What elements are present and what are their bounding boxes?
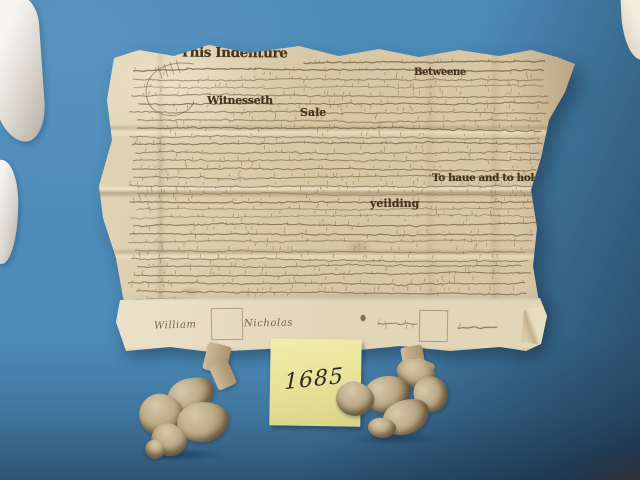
script-stroke xyxy=(145,149,497,158)
script-stroke xyxy=(131,214,534,219)
parchment-stain xyxy=(344,240,372,254)
keyword-yeilding: yeilding xyxy=(370,197,419,210)
signature-william: William xyxy=(154,319,197,331)
script-stroke xyxy=(134,85,544,89)
script-stroke xyxy=(458,327,497,329)
script-stroke xyxy=(137,192,534,196)
script-stroke xyxy=(460,324,461,328)
script-stroke xyxy=(135,250,525,253)
seal-square-left xyxy=(211,308,244,341)
dog-eared-corner xyxy=(521,306,547,346)
script-stroke xyxy=(130,135,540,139)
script-stroke xyxy=(133,168,536,172)
script-stroke xyxy=(130,233,533,236)
parchment-surface: This Indenture Betweene Witnesseth Sale … xyxy=(94,40,580,314)
script-stroke xyxy=(149,221,504,231)
signature-nicholas: Nicholas xyxy=(244,318,293,330)
seal-square-right xyxy=(419,310,449,343)
script-stroke xyxy=(133,141,543,144)
seal-tag-left-knot xyxy=(133,376,237,460)
script-stroke xyxy=(133,159,542,162)
script-stroke xyxy=(378,323,417,325)
opening-phrase: This Indenture xyxy=(180,45,288,62)
script-stroke xyxy=(137,208,534,211)
script-stroke xyxy=(133,78,543,81)
script-stroke xyxy=(137,264,521,268)
parchment-document: This Indenture Betweene Witnesseth Sale … xyxy=(94,40,580,314)
script-stroke xyxy=(138,127,541,132)
script-stroke xyxy=(137,119,540,123)
script-stroke xyxy=(139,246,522,255)
script-stroke xyxy=(149,262,497,271)
script-stroke xyxy=(132,94,548,98)
keyword-habendum: To haue and to hold xyxy=(432,172,541,184)
photo-of-parchment-deed: This Indenture Betweene Witnesseth Sale … xyxy=(0,0,640,480)
keyword-sale: Sale xyxy=(300,106,326,119)
script-stroke xyxy=(129,185,532,188)
script-stroke xyxy=(132,258,529,262)
keyword-betweene: Betweene xyxy=(414,67,466,78)
script-stroke xyxy=(141,156,531,165)
ink-blotch xyxy=(360,315,365,322)
script-stroke xyxy=(130,201,533,203)
script-stroke xyxy=(130,111,546,114)
script-stroke xyxy=(304,61,545,64)
script-stroke xyxy=(135,270,519,279)
script-stroke xyxy=(134,272,530,277)
script-stroke xyxy=(146,238,515,247)
seal-tag-right-knot xyxy=(330,360,450,440)
script-stroke xyxy=(136,151,539,154)
script-stroke xyxy=(134,68,543,71)
keyword-witnesseth: Witnesseth xyxy=(207,94,273,107)
